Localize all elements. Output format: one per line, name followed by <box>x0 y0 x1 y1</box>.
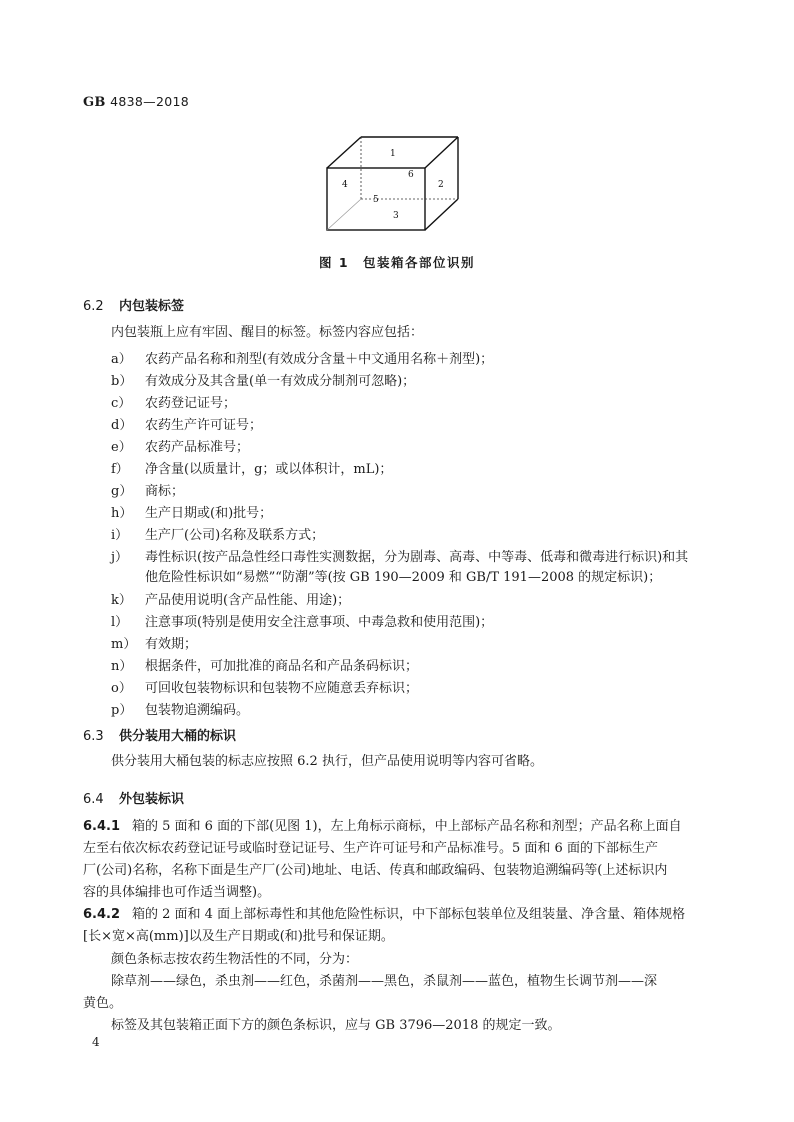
list-item: m）有效期； <box>111 633 197 652</box>
svg-text:1: 1 <box>390 149 396 159</box>
color-bar-mapping: 除草剂——绿色，杀虫剂——红色，杀菌剂——黑色，杀鼠剂——蓝色，植物生长调节剂—… <box>111 971 657 993</box>
document-header: GB 4838—2018 <box>83 94 189 110</box>
list-item: g）商标； <box>111 480 184 499</box>
figure-caption: 图 1 包装箱各部位识别 <box>0 253 794 271</box>
clause-line: 左至右依次标农药登记证号或临时登记证号、生产许可证号和产品标准号。5 面和 6 … <box>83 838 658 860</box>
list-item: b）有效成分及其含量(单一有效成分制剂可忽略)； <box>111 370 415 389</box>
clause-6-4-1: 6.4.1箱的 5 面和 6 面的下部(见图 1)，左上角标示商标，中上部标产品… <box>83 816 682 838</box>
svg-text:2: 2 <box>438 180 444 190</box>
page-number: 4 <box>92 1035 100 1049</box>
section-number: 6.2 <box>83 299 119 314</box>
list-item: a）农药产品名称和剂型(有效成分含量＋中文通用名称＋剂型)； <box>111 348 493 367</box>
color-bar-intro: 颜色条标志按农药生物活性的不同，分为： <box>111 949 358 971</box>
section-heading-6-2: 6.2内包装标签 <box>83 295 184 314</box>
list-item: f）净含量(以质量计，g；或以体积计，mL)； <box>111 458 392 477</box>
box-diagram-icon: 1 2 3 4 5 6 <box>320 130 470 240</box>
list-item: e）农药产品标准号； <box>111 436 249 455</box>
list-item: h）生产日期或(和)批号； <box>111 502 272 521</box>
clause-6-4-2: 6.4.2箱的 2 面和 4 面上部标毒性和其他危险性标识，中下部标包装单位及组… <box>83 904 685 926</box>
clause-line: 厂(公司)名称，名称下面是生产厂(公司)地址、电话、传真和邮政编码、包装物追溯编… <box>83 860 667 882</box>
list-item: c）农药登记证号； <box>111 392 236 411</box>
list-item: d）农药生产许可证号； <box>111 414 262 433</box>
svg-text:5: 5 <box>373 195 379 205</box>
clause-line: [长×宽×高(mm)]以及生产日期或(和)批号和保证期。 <box>83 926 394 948</box>
section-heading-6-4: 6.4外包装标识 <box>83 788 184 807</box>
svg-text:6: 6 <box>408 170 414 180</box>
list-item-continuation: 他危险性标识如“易燃”“防潮”等(按 GB 190—2009 和 GB/T 19… <box>145 566 661 585</box>
section-body: 供分装用大桶包装的标志应按照 6.2 执行，但产品使用说明等内容可省略。 <box>111 751 543 773</box>
section-heading-6-3: 6.3供分装用大桶的标识 <box>83 725 236 744</box>
clause-line: 容的具体编排也可作适当调整)。 <box>83 882 270 904</box>
list-item: k）产品使用说明(含产品性能、用途)； <box>111 589 350 608</box>
svg-text:4: 4 <box>342 180 348 190</box>
closing-statement: 标签及其包装箱正面下方的颜色条标识，应与 GB 3796—2018 的规定一致。 <box>111 1015 561 1037</box>
standard-prefix: GB <box>83 95 106 110</box>
standard-number: 4838—2018 <box>110 94 189 109</box>
list-item: o）可回收包装物标识和包装物不应随意丢弃标识； <box>111 677 418 696</box>
list-item: n）根据条件，可加批准的商品名和产品条码标识； <box>111 655 418 674</box>
list-item: p）包装物追溯编码。 <box>111 699 249 718</box>
section-intro: 内包装瓶上应有牢固、醒目的标签。标签内容应包括： <box>111 322 423 344</box>
list-item: j）毒性标识(按产品急性经口毒性实测数据，分为剧毒、高毒、中等毒、低毒和微毒进行… <box>111 546 688 565</box>
packaging-box-figure: 1 2 3 4 5 6 <box>320 130 470 240</box>
svg-text:3: 3 <box>393 211 399 221</box>
section-title: 内包装标签 <box>119 299 184 314</box>
color-bar-mapping-cont: 黄色。 <box>83 993 122 1015</box>
list-item: l）注意事项(特别是使用安全注意事项、中毒急救和使用范围)； <box>111 611 493 630</box>
list-item: i）生产厂(公司)名称及联系方式； <box>111 524 324 543</box>
